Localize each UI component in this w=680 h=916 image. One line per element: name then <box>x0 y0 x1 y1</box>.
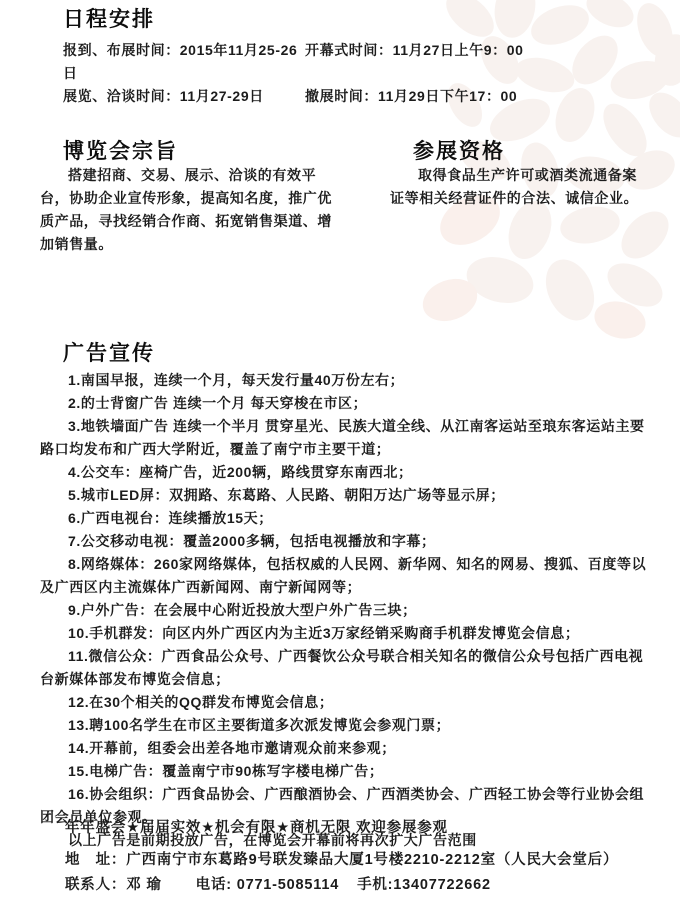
ad-item: 14.开幕前，组委会出差各地市邀请观众前来参观； <box>40 737 652 760</box>
schedule-row: 报到、布展时间：2015年11月25-26日 开幕式时间：11月27日上午9：0… <box>63 39 643 85</box>
schedule-teardown-time: 撤展时间：11月29日下午17：00 <box>305 85 643 108</box>
advertising-list: 1.南国早报，连续一个月，每天发行量40万份左右； 2.的士背窗广告 连续一个月… <box>40 369 652 852</box>
schedule-section: 日程安排 报到、布展时间：2015年11月25-26日 开幕式时间：11月27日… <box>63 8 643 108</box>
advertising-title: 广告宣传 <box>63 342 155 366</box>
mobile-number: 13407722662 <box>393 877 491 893</box>
schedule-opening-time: 开幕式时间：11月27日上午9：00 <box>305 39 643 85</box>
ad-item: 9.户外广告：在会展中心附近投放大型户外广告三块； <box>40 599 652 622</box>
schedule-rows: 报到、布展时间：2015年11月25-26日 开幕式时间：11月27日上午9：0… <box>63 39 643 108</box>
ad-item: 12.在30个相关的QQ群发布博览会信息； <box>40 691 652 714</box>
ad-item: 1.南国早报，连续一个月，每天发行量40万份左右； <box>40 369 652 392</box>
ad-item: 7.公交移动电视：覆盖2000多辆，包括电视播放和字幕； <box>40 530 652 553</box>
contact-name: 邓 瑜 <box>126 877 161 893</box>
ad-item: 13.聘100名学生在市区主要街道多次派发博览会参观门票； <box>40 714 652 737</box>
ad-item: 8.网络媒体：260家网络媒体，包括权威的人民网、新华网、知名的网易、搜狐、百度… <box>40 553 652 599</box>
flyer-page: 日程安排 报到、布展时间：2015年11月25-26日 开幕式时间：11月27日… <box>0 0 680 916</box>
address-line: 地 址：广西南宁市东葛路9号联发臻品大厦1号楼2210-2212室（人民大会堂后… <box>65 848 645 873</box>
schedule-checkin-time: 报到、布展时间：2015年11月25-26日 <box>63 39 305 85</box>
ad-item: 2.的士背窗广告 连续一个月 每天穿梭在市区； <box>40 392 652 415</box>
contact-block: 地 址：广西南宁市东葛路9号联发臻品大厦1号楼2210-2212室（人民大会堂后… <box>65 848 645 898</box>
ad-item: 10.手机群发：向区内外广西区内为主近3万家经销采购商手机群发博览会信息； <box>40 622 652 645</box>
mobile-label: 手机: <box>357 877 393 893</box>
qualification-body: 取得食品生产许可或酒类流通备案证等相关经营证件的合法、诚信企业。 <box>390 164 646 210</box>
address-value: 广西南宁市东葛路9号联发臻品大厦1号楼2210-2212室（人民大会堂后） <box>126 852 618 868</box>
schedule-row: 展览、洽谈时间：11月27-29日 撤展时间：11月29日下午17：00 <box>63 85 643 108</box>
phone-number: 0771-5085114 <box>237 877 339 893</box>
schedule-title: 日程安排 <box>63 8 643 32</box>
contact-line: 联系人：邓 瑜电话: 0771-5085114手机:13407722662 <box>65 873 645 898</box>
qualification-title: 参展资格 <box>413 140 505 164</box>
ad-item: 3.地铁墙面广告 连续一个半月 贯穿星光、民族大道全线、从江南客运站至琅东客运站… <box>40 415 652 461</box>
purpose-title: 博览会宗旨 <box>63 140 178 164</box>
address-label: 地 址： <box>65 852 126 868</box>
ad-item: 15.电梯广告：覆盖南宁市90栋写字楼电梯广告； <box>40 760 652 783</box>
purpose-body: 搭建招商、交易、展示、洽谈的有效平台，协助企业宣传形象，提高知名度，推广优质产品… <box>40 164 338 256</box>
ad-item: 4.公交车：座椅广告，近200辆，路线贯穿东南西北； <box>40 461 652 484</box>
schedule-exhibit-time: 展览、洽谈时间：11月27-29日 <box>63 85 305 108</box>
ad-item: 11.微信公众：广西食品公众号、广西餐饮公众号联合相关知名的微信公众号包括广西电… <box>40 645 652 691</box>
phone-label: 电话: <box>196 877 232 893</box>
contact-label: 联系人： <box>65 877 126 893</box>
footer-slogan: 年年盛会★届届实效★机会有限★商机无限 欢迎参展参观 <box>65 816 448 837</box>
ad-item: 6.广西电视台：连续播放15天； <box>40 507 652 530</box>
ad-item: 5.城市LED屏：双拥路、东葛路、人民路、朝阳万达广场等显示屏； <box>40 484 652 507</box>
